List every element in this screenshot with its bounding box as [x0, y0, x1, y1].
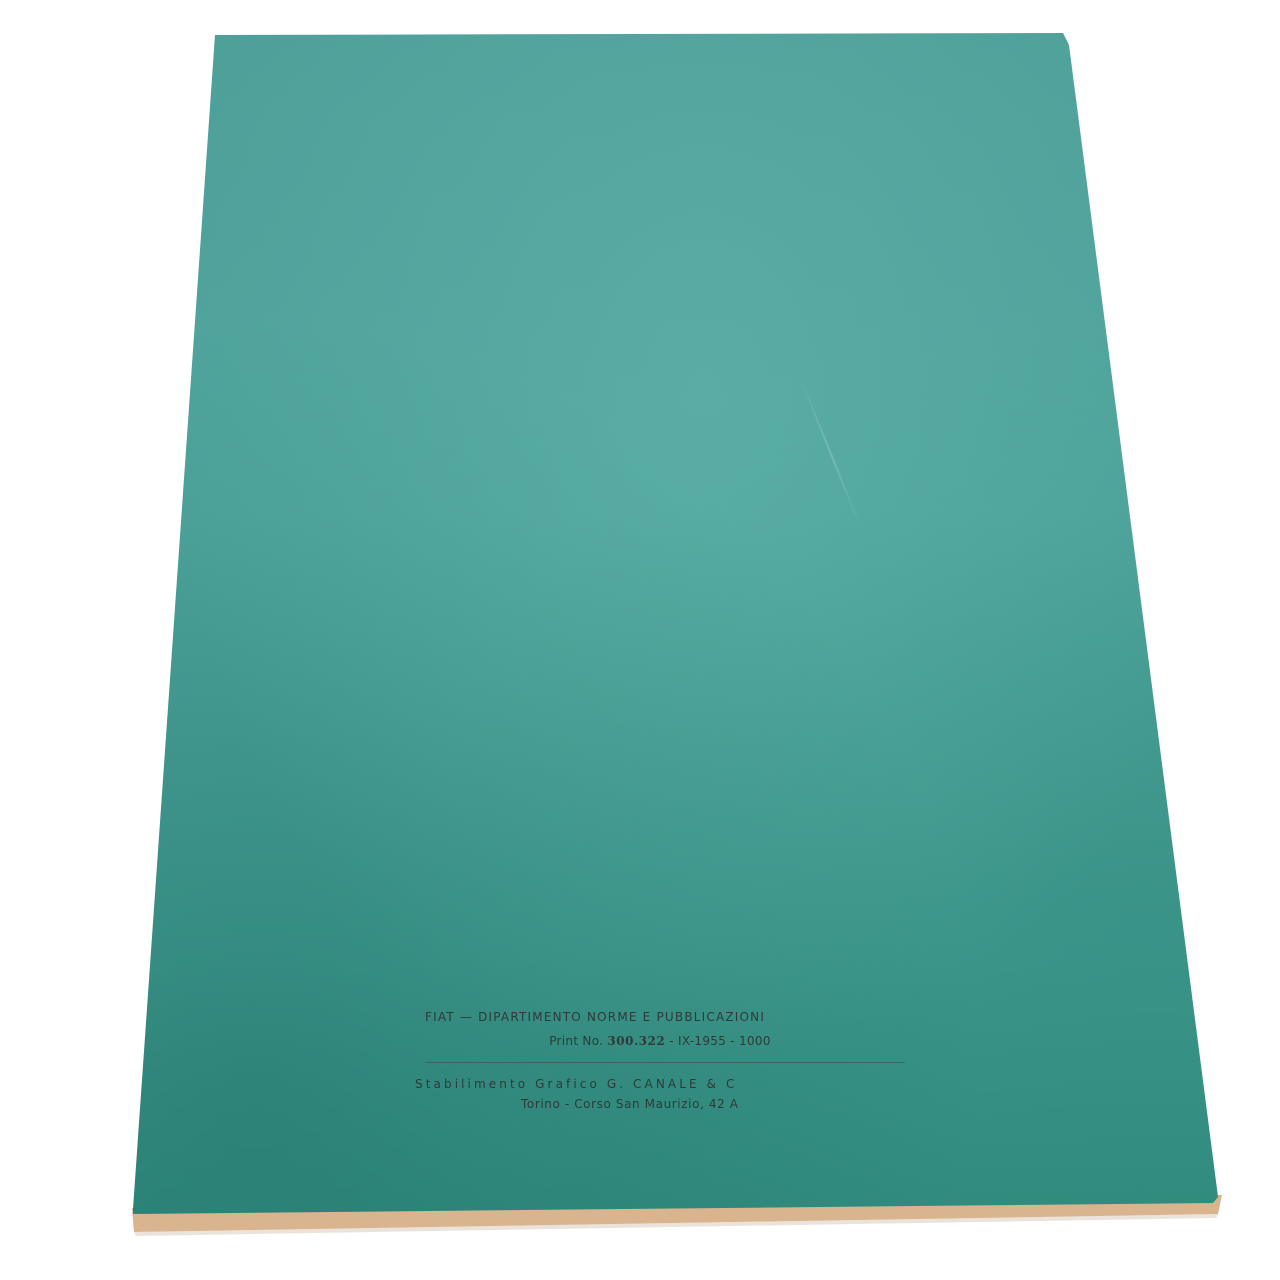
- print-suffix: - IX-1955 - 1000: [669, 1034, 770, 1048]
- printer-line: Stabilimento Grafico G. CANALE & C: [415, 1077, 905, 1091]
- imprint-divider: [425, 1062, 905, 1063]
- print-number: 300.322: [607, 1034, 665, 1048]
- printer-imprint: FIAT — DIPARTIMENTO NORME E PUBBLICAZION…: [415, 1010, 905, 1111]
- photo-scene: FIAT — DIPARTIMENTO NORME E PUBBLICAZION…: [0, 0, 1280, 1280]
- address-line: Torino - Corso San Maurizio, 42 A: [415, 1097, 905, 1111]
- print-number-line: Print No. 300.322 - IX-1955 - 1000: [415, 1034, 905, 1048]
- print-label: Print No.: [549, 1034, 603, 1048]
- publisher-line: FIAT — DIPARTIMENTO NORME E PUBBLICAZION…: [415, 1010, 905, 1024]
